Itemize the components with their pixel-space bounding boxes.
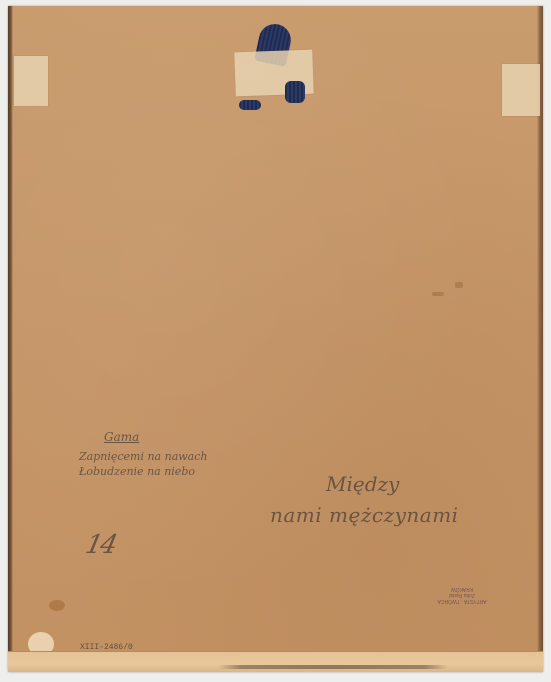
inscription-line-1: Zapnięcemi na nawach (79, 450, 207, 463)
tape-patch-top-right (502, 64, 540, 116)
bottom-smudge (218, 665, 448, 669)
artwork-title-line-1: Między (326, 472, 399, 496)
stain-dark-spot (49, 600, 65, 611)
stain-mark (432, 292, 444, 296)
stain-mark (455, 282, 463, 288)
tape-patch-top-left (14, 56, 48, 106)
stamp-line-3: KRAKÓW (426, 586, 498, 592)
artist-stamp: ARTYSTA · TWÓRCA Zofia Rędal KRAKÓW (426, 586, 498, 604)
hanging-ribbon-end-right (285, 81, 305, 103)
bottom-frame-strip (8, 651, 543, 672)
inscription-number: 14 (83, 530, 118, 560)
stamp-line-1: ARTYSTA · TWÓRCA (426, 598, 498, 604)
inscription-line-2: Łobudzenie na niebo (79, 465, 195, 478)
cardboard-backing: Gama Zapnięcemi na nawach Łobudzenie na … (8, 6, 543, 672)
inscription-title: Gama (104, 430, 139, 444)
frame-edge-left (8, 6, 13, 672)
hanging-ribbon-end-left (239, 100, 261, 110)
artwork-title-line-2: nami mężczynami (270, 503, 459, 527)
